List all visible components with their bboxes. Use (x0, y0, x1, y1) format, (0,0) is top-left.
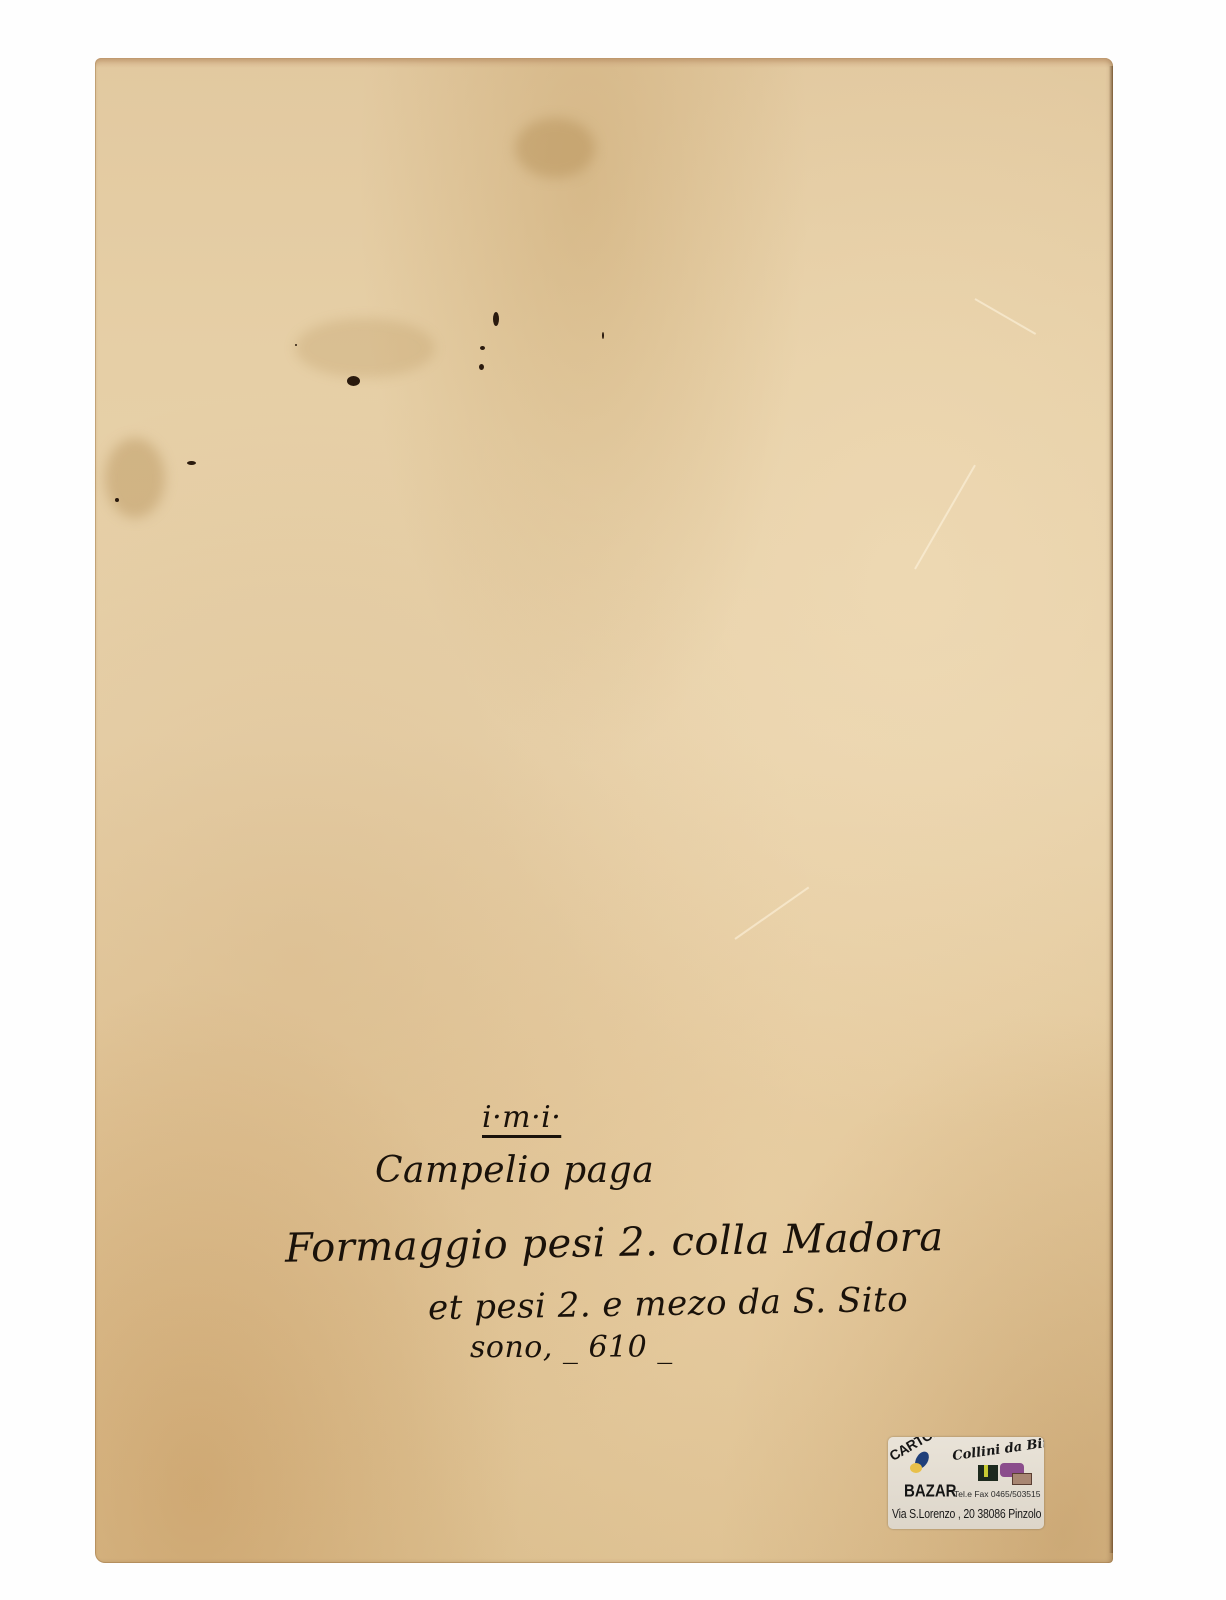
age-stain (515, 118, 595, 178)
sticker-owner: Collini da Bindo (952, 1437, 1044, 1464)
sticker-phone: Tel.e Fax 0465/503515 (954, 1489, 1040, 1499)
foxing-spot (480, 346, 485, 350)
foxing-spot (493, 312, 499, 326)
handwritten-name: Campelio paga (375, 1150, 654, 1191)
age-stain (295, 318, 435, 378)
paper-crease (975, 298, 1037, 335)
foxing-spot (295, 344, 297, 346)
handwritten-note-line-2: et pesi 2. e mezo da S. Sito (428, 1280, 909, 1328)
foxing-spot (115, 498, 119, 502)
paper-crease (734, 887, 809, 940)
shop-logo-icon (908, 1451, 932, 1475)
handwritten-note-line-3: sono, _ 610 _ (470, 1330, 673, 1365)
shop-sticker: CARTOLERIA BAZAR Collini da Bindo Tel.e … (888, 1437, 1044, 1529)
foxing-spot (187, 461, 196, 465)
foxing-spot (602, 332, 604, 339)
handwritten-initials: i·m·i· (482, 1100, 561, 1135)
foxing-spot (347, 376, 360, 386)
paper-crease (914, 465, 976, 570)
age-stain (105, 438, 165, 518)
sticker-picture-icon (976, 1463, 1034, 1483)
foxing-spot (479, 364, 484, 370)
sticker-shop-name: BAZAR (904, 1482, 957, 1502)
sticker-address: Via S.Lorenzo , 20 38086 Pinzolo -TN (892, 1507, 1044, 1521)
